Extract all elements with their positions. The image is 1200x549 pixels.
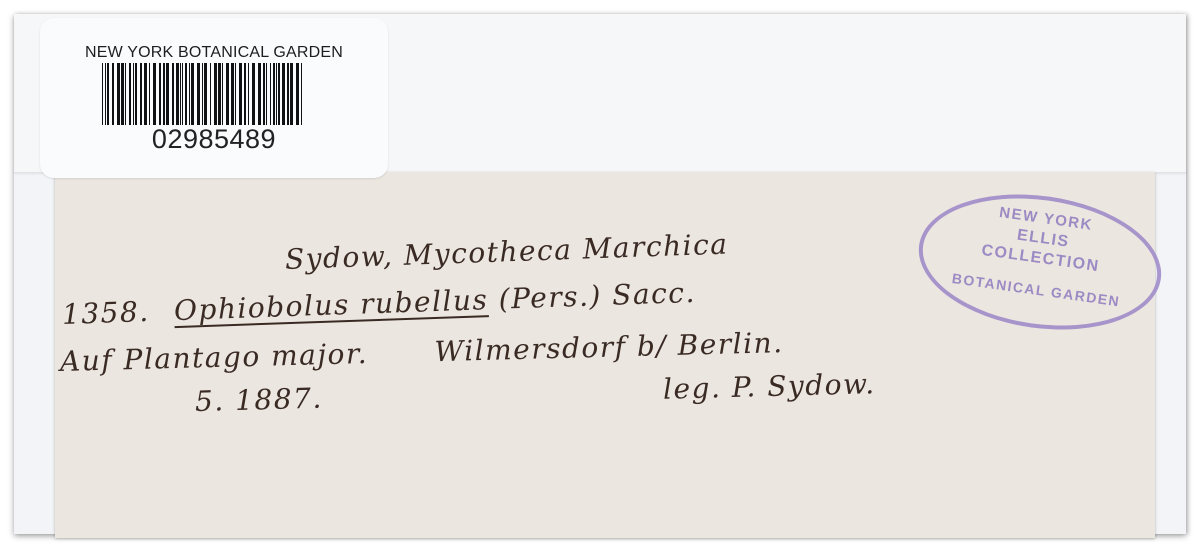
barcode-bar xyxy=(258,63,261,125)
barcode-bar xyxy=(218,63,221,125)
barcode-number: 02985489 xyxy=(40,124,388,155)
barcode-bar xyxy=(182,63,183,125)
barcode-bar xyxy=(214,63,217,125)
barcode-bar xyxy=(135,63,137,125)
barcode-bar xyxy=(105,63,106,125)
barcode-bar xyxy=(185,63,187,125)
institution-name: NEW YORK BOTANICAL GARDEN xyxy=(40,44,388,62)
barcode-bar xyxy=(129,63,131,125)
species-author: (Pers.) Sacc. xyxy=(498,276,696,316)
barcode-bar xyxy=(176,63,179,125)
barcode-bar xyxy=(121,63,124,125)
barcode-bar xyxy=(144,63,147,125)
barcode-bar xyxy=(149,63,150,125)
barcode-bar xyxy=(133,63,134,125)
barcode-bar xyxy=(287,63,289,125)
barcode-bar xyxy=(189,63,190,125)
barcode-bar xyxy=(222,63,223,125)
barcode-bar xyxy=(252,63,255,125)
barcode-bar xyxy=(278,63,280,125)
exsiccata-number: 1358. xyxy=(61,295,150,331)
barcode-bar xyxy=(282,63,285,125)
barcode-bar xyxy=(166,63,169,125)
barcode-bar xyxy=(239,63,242,125)
barcode-bar xyxy=(180,63,181,125)
barcode-bar xyxy=(210,63,211,125)
barcode-bar xyxy=(266,63,267,125)
barcode-bar xyxy=(125,63,126,125)
barcode-bar xyxy=(273,63,275,125)
barcode-bar xyxy=(117,63,120,125)
barcode-bar xyxy=(140,63,142,125)
barcode-label: NEW YORK BOTANICAL GARDEN 02985489 xyxy=(40,18,388,178)
barcode-bar xyxy=(102,63,103,125)
barcode-bar xyxy=(197,63,200,125)
barcode-bar xyxy=(112,63,114,125)
barcode-bar xyxy=(248,63,249,125)
barcode-bar xyxy=(159,63,161,125)
barcode-bar xyxy=(153,63,156,125)
barcode-bar xyxy=(244,63,246,125)
collector: leg. P. Sydow. xyxy=(663,367,876,406)
barcode-bar xyxy=(290,63,293,125)
barcode-bar xyxy=(270,63,271,125)
barcode-bar xyxy=(263,63,265,125)
barcode-bar xyxy=(231,63,234,125)
barcode-bar xyxy=(235,63,236,125)
barcode-bar xyxy=(191,63,194,125)
barcode-bar xyxy=(226,63,229,125)
barcode-bar xyxy=(301,63,302,125)
barcode-bar xyxy=(202,63,203,125)
barcode-icon xyxy=(102,63,322,125)
collection-date: 5. 1887. xyxy=(195,382,324,418)
barcode-bar xyxy=(296,63,299,125)
barcode-bar xyxy=(172,63,174,125)
barcode-bar xyxy=(204,63,207,125)
barcode-bar xyxy=(107,63,109,125)
barcode-bar xyxy=(276,63,277,125)
barcode-bar xyxy=(163,63,165,125)
